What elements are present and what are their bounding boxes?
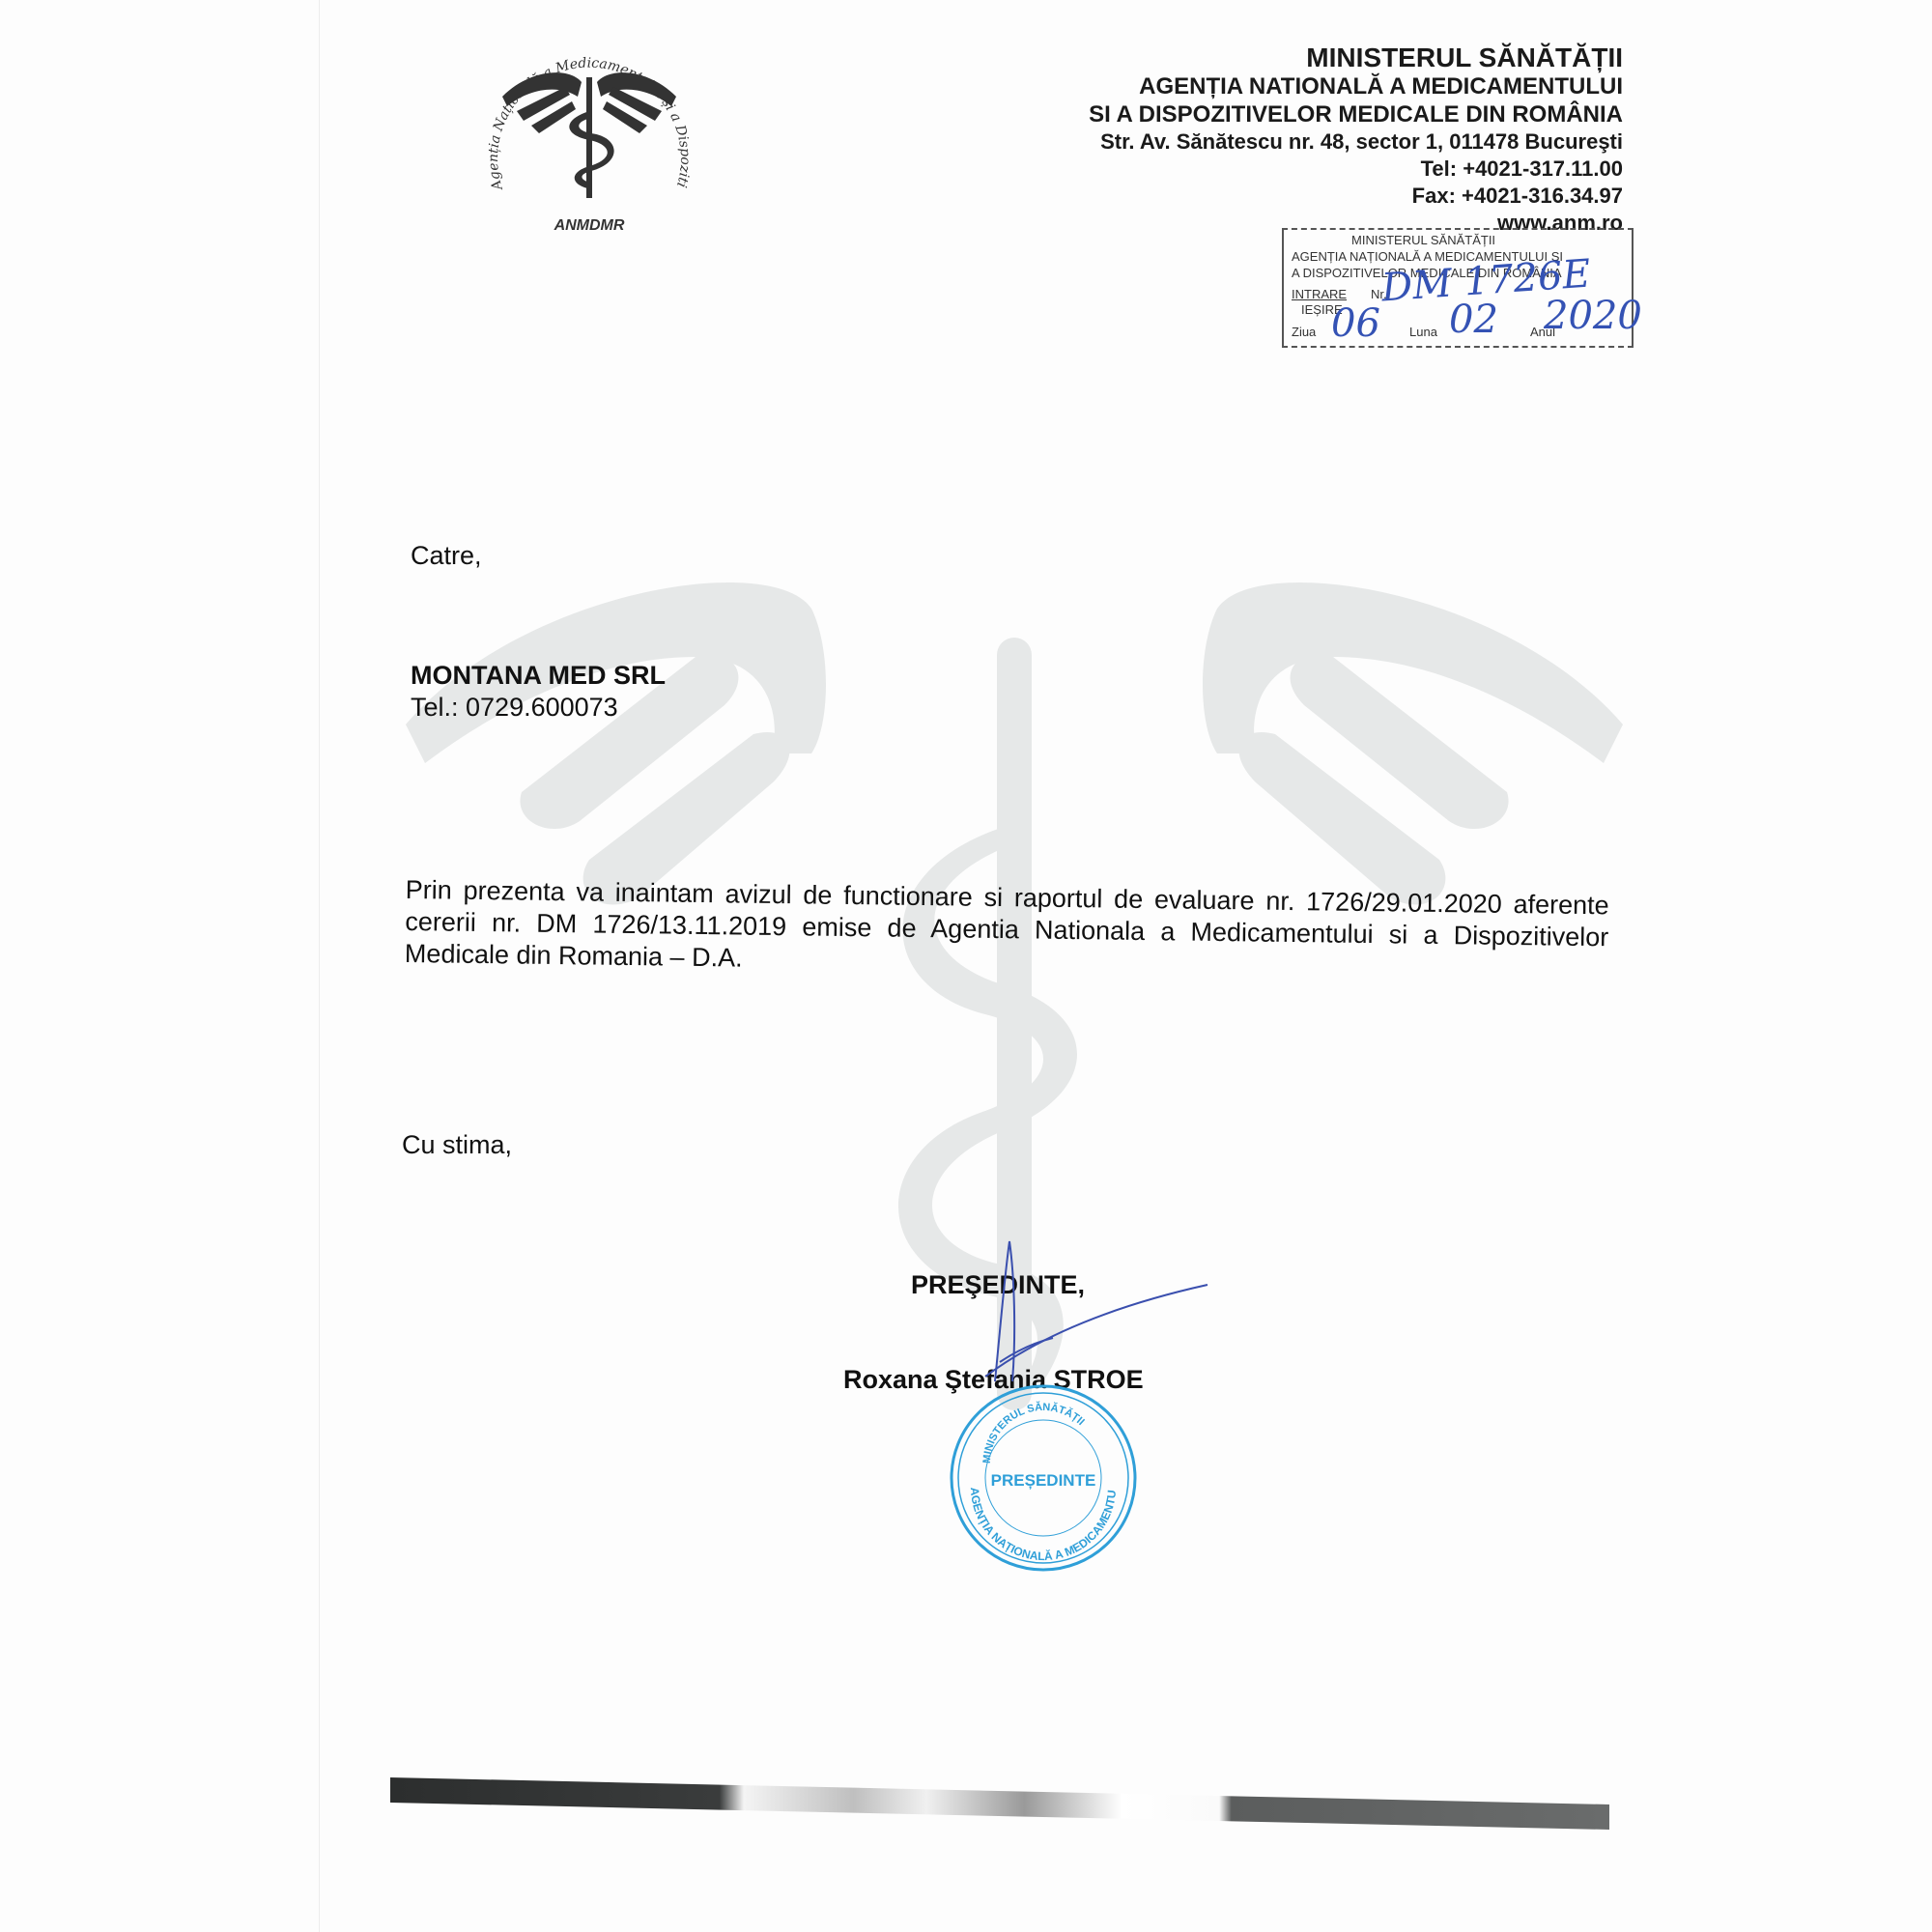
agency-name-line2: SI A DISPOZITIVELOR MEDICALE DIN ROMÂNIA — [1089, 100, 1623, 128]
agency-address: Str. Av. Sănătescu nr. 48, sector 1, 011… — [1089, 128, 1623, 156]
stamp-day-handwritten: 06 — [1331, 301, 1380, 346]
stamp-line-1: MINISTERUL SĂNĂTĂȚII — [1351, 232, 1495, 248]
stamp-day-label: Ziua — [1292, 324, 1316, 340]
svg-text:PREȘEDINTE: PREȘEDINTE — [991, 1471, 1096, 1490]
scan-edge-line — [319, 0, 320, 1932]
recipient-phone: Tel.: 0729.600073 — [411, 692, 666, 724]
letterhead: MINISTERUL SĂNĂTĂȚII AGENȚIA NATIONALĂ A… — [1089, 43, 1623, 237]
letter-body: Prin prezenta va inaintam avizul de func… — [405, 874, 1609, 985]
stamp-month-label: Luna — [1409, 324, 1437, 340]
stamp-month-handwritten: 02 — [1449, 298, 1498, 342]
agency-fax: Fax: +4021-316.34.97 — [1089, 183, 1623, 210]
svg-text:MINISTERUL SĂNĂTĂȚII: MINISTERUL SĂNĂTĂȚII — [981, 1401, 1087, 1463]
stamp-intrare-label: INTRARE — [1292, 286, 1347, 302]
caduceus-logo-icon: Agenția Națională a Medicamentului și a … — [464, 29, 715, 241]
stamp-year-handwritten: 2020 — [1544, 294, 1642, 338]
recipient-name: MONTANA MED SRL — [411, 660, 666, 692]
closing: Cu stima, — [402, 1130, 512, 1160]
agency-phone: Tel: +4021-317.11.00 — [1089, 156, 1623, 183]
ministry-name: MINISTERUL SĂNĂTĂȚII — [1089, 43, 1623, 72]
official-seal-icon: AGENȚIA NAȚIONALĂ A MEDICAMENTULUI ȘI A … — [942, 1381, 1145, 1575]
agency-name-line1: AGENȚIA NATIONALĂ A MEDICAMENTULUI — [1089, 72, 1623, 100]
salutation: Catre, — [411, 541, 482, 571]
document-page: Agenția Națională a Medicamentului și a … — [0, 0, 1932, 1932]
footer-decorative-bar — [390, 1776, 1609, 1833]
svg-text:ANMDMR: ANMDMR — [554, 217, 625, 234]
signature-icon — [947, 1236, 1217, 1401]
recipient-block: MONTANA MED SRL Tel.: 0729.600073 — [411, 660, 666, 724]
